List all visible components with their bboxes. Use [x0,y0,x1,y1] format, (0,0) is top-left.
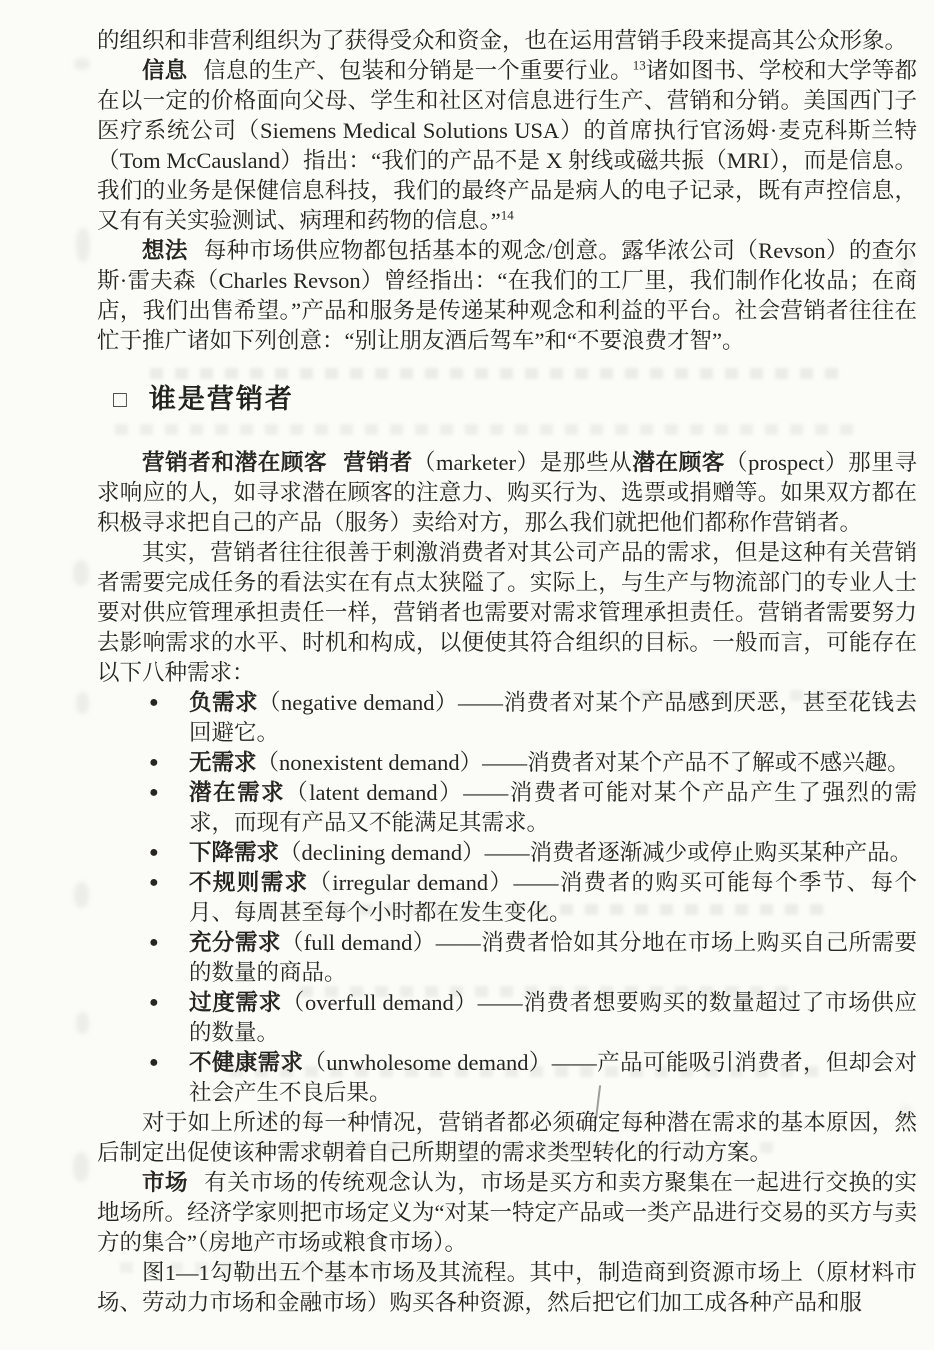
bullet-icon: ● [149,688,159,718]
demand-item-negative: ●负需求（negative demand）——消费者对某个产品感到厌恶，甚至花钱… [97,688,917,748]
paragraph-text: （marketer）是那些从 [413,450,633,475]
bullet-icon: ● [149,748,159,778]
paragraph-text: 每种市场供应物都包括基本的观念/创意。露华浓公司（Revson）的查尔斯·雷夫森… [97,238,917,353]
paragraph-idea: 想法每种市场供应物都包括基本的观念/创意。露华浓公司（Revson）的查尔斯·雷… [97,236,917,356]
demand-term-en: （declining demand） [279,840,485,865]
demand-term-en: （irregular demand） [309,870,514,895]
demand-term: 负需求 [189,690,258,715]
margin-smudge [76,692,89,714]
term-marketer: 营销者 [343,450,412,475]
demand-term: 无需求 [189,750,257,775]
margin-smudge [74,58,90,70]
demand-item-latent: ●潜在需求（latent demand）——消费者可能对某个产品产生了强烈的需求… [97,778,917,838]
paragraph-information: 信息信息的生产、包装和分销是一个重要行业。13诸如图书、学校和大学等都在以一定的… [97,56,917,236]
dash: —— [513,870,558,895]
paragraph-text: 图1—1勾勒出五个基本市场及其流程。其中，制造商到资源市场上（原材料市场、劳动力… [97,1260,917,1315]
demand-term: 不健康需求 [189,1050,303,1075]
demand-term-en: （negative demand） [258,690,458,715]
dash: —— [482,750,527,775]
square-bullet-icon: □ [113,386,127,412]
term-market: 市场 [142,1170,188,1195]
bullet-icon: ● [149,868,159,898]
demand-item-full: ●充分需求（full demand）——消费者恰如其分地在市场上购买自己所需要的… [97,928,917,988]
text-column: 的组织和非营利组织为了获得受众和资金，也在运用营销手段来提高其公众形象。 信息信… [97,26,917,1318]
paragraph-market: 市场有关市场的传统观念认为，市场是买方和卖方聚集在一起进行交换的实地场所。经济学… [97,1168,917,1258]
demand-term: 潜在需求 [189,780,285,805]
bullet-icon: ● [149,1048,159,1078]
term-information: 信息 [142,58,187,83]
demand-term-en: （full demand） [281,930,436,955]
bullet-icon: ● [149,778,159,808]
dash: —— [436,930,481,955]
demand-term: 下降需求 [189,840,279,865]
dash: —— [463,780,508,805]
paragraph-figure-1-1: 图1—1勾勒出五个基本市场及其流程。其中，制造商到资源市场上（原材料市场、劳动力… [97,1258,917,1318]
bullet-icon: ● [149,928,159,958]
demand-item-overfull: ●过度需求（overfull demand）——消费者想要购买的数量超过了市场供… [97,988,917,1048]
paragraph-continuation: 的组织和非营利组织为了获得受众和资金，也在运用营销手段来提高其公众形象。 [97,26,917,56]
section-heading-text: 谁是营销者 [149,384,294,414]
footnote-ref-13: 13 [633,58,646,73]
demand-term-en: （unwholesome demand） [303,1050,551,1075]
bullet-icon: ● [149,988,159,1018]
section-heading: □谁是营销者 [113,382,917,416]
paragraph-text: 的组织和非营利组织为了获得受众和资金，也在运用营销手段来提高其公众形象。 [97,28,907,53]
demand-list: ●负需求（negative demand）——消费者对某个产品感到厌恶，甚至花钱… [97,688,917,1108]
demand-item-declining: ●下降需求（declining demand）——消费者逐渐减少或停止购买某种产… [97,838,917,868]
margin-smudge [74,882,89,908]
paragraph-demand-management: 其实，营销者往往很善于刺激消费者对其公司产品的需求，但是这种有关营销者需要完成任… [97,538,917,688]
demand-term: 不规则需求 [189,870,309,895]
margin-smudge [76,228,90,262]
demand-desc: 消费者逐渐减少或停止购买某种产品。 [530,840,913,865]
demand-desc: 消费者对某个产品不了解或不感兴趣。 [527,750,910,775]
demand-item-irregular: ●不规则需求（irregular demand）——消费者的购买可能每个季节、每… [97,868,917,928]
paragraph-text: 其实，营销者往往很善于刺激消费者对其公司产品的需求，但是这种有关营销者需要完成任… [97,540,917,685]
dash: —— [478,990,523,1015]
demand-term: 过度需求 [189,990,282,1015]
paragraph-conclusion: 对于如上所述的每一种情况，营销者都必须确定每种潜在需求的基本原因，然后制定出促使… [97,1108,917,1168]
term-marketer-and-prospect: 营销者和潜在顾客 [142,450,327,475]
dash: —— [485,840,530,865]
demand-term-en: （overfull demand） [282,990,478,1015]
term-prospect: 潜在顾客 [632,450,725,475]
paragraph-marketer-prospect: 营销者和潜在顾客营销者（marketer）是那些从潜在顾客（prospect）那… [97,448,917,538]
margin-smudge [76,1012,89,1034]
demand-term: 充分需求 [189,930,281,955]
bullet-icon: ● [149,838,159,868]
paragraph-text: 有关市场的传统观念认为，市场是买方和卖方聚集在一起进行交换的实地场所。经济学家则… [97,1170,917,1255]
margin-smudge [73,560,89,586]
term-idea: 想法 [142,238,188,263]
paragraph-text: 对于如上所述的每一种情况，营销者都必须确定每种潜在需求的基本原因，然后制定出促使… [97,1110,917,1165]
dash: —— [552,1050,597,1075]
paragraph-text: 信息的生产、包装和分销是一个重要行业。 [203,58,632,83]
demand-item-nonexistent: ●无需求（nonexistent demand）——消费者对某个产品不了解或不感… [97,748,917,778]
demand-item-unwholesome: ●不健康需求（unwholesome demand）——产品可能吸引消费者，但却… [97,1048,917,1108]
footnote-ref-14: 14 [501,208,514,223]
scanned-book-page: { "colors": { "ink": "#26251f", "paper":… [0,0,934,1350]
margin-smudge [73,1152,89,1182]
demand-term-en: （nonexistent demand） [257,750,483,775]
dash: —— [458,690,503,715]
demand-term-en: （latent demand） [285,780,463,805]
